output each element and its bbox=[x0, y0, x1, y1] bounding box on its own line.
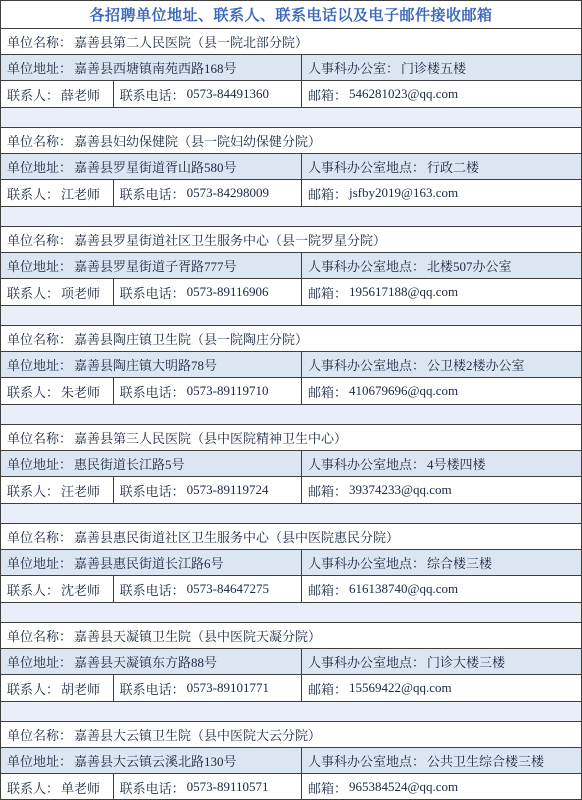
contact-name-cell: 联系人：项老师 bbox=[1, 279, 113, 305]
hr-office-label: 人事科办公室地点： bbox=[308, 157, 425, 176]
recruitment-contact-table: 各招聘单位地址、联系人、联系电话以及电子邮件接收邮箱 单位名称：嘉善县第二人民医… bbox=[0, 0, 582, 800]
unit-address-cell: 单位地址：嘉善县天凝镇东方路88号 bbox=[1, 649, 301, 674]
unit-address-cell: 单位地址：嘉善县罗星街道胥山路580号 bbox=[1, 154, 301, 179]
unit-name-cell: 单位名称：嘉善县第三人民医院（县中医院精神卫生中心） bbox=[1, 425, 581, 450]
unit-name-label: 单位名称： bbox=[7, 32, 72, 51]
contact-label: 联系人： bbox=[7, 382, 59, 401]
hr-office-label: 人事科办公室地点： bbox=[308, 256, 425, 275]
email-label: 邮箱： bbox=[308, 778, 347, 797]
contact-name-cell: 联系人：薛老师 bbox=[1, 81, 113, 107]
unit-address-value: 嘉善县大云镇云溪北路130号 bbox=[74, 751, 237, 770]
unit-name-row: 单位名称：嘉善县罗星街道社区卫生服务中心（县一院罗星分院） bbox=[1, 226, 581, 252]
contact-value: 汪老师 bbox=[61, 481, 100, 500]
contact-phone-cell: 联系电话：0573-89110571 bbox=[113, 774, 301, 800]
hr-office-cell: 人事科办公室：门诊楼五楼 bbox=[301, 55, 581, 80]
contact-value: 朱老师 bbox=[61, 382, 100, 401]
phone-value: 0573-89119724 bbox=[187, 482, 269, 498]
unit-name-value: 嘉善县第二人民医院（县一院北部分院） bbox=[74, 32, 308, 51]
contact-value: 薛老师 bbox=[61, 85, 100, 104]
page-title: 各招聘单位地址、联系人、联系电话以及电子邮件接收邮箱 bbox=[1, 1, 581, 28]
unit-block: 单位名称：嘉善县大云镇卫生院（县中医院大云分院） 单位地址：嘉善县大云镇云溪北路… bbox=[1, 721, 581, 800]
contact-name-cell: 联系人：江老师 bbox=[1, 180, 113, 206]
unit-name-cell: 单位名称：嘉善县大云镇卫生院（县中医院大云分院） bbox=[1, 722, 581, 747]
spacer-row bbox=[1, 701, 581, 721]
unit-name-row: 单位名称：嘉善县惠民街道社区卫生服务中心（县中医院惠民分院） bbox=[1, 523, 581, 549]
unit-block: 单位名称：嘉善县天凝镇卫生院（县中医院天凝分院） 单位地址：嘉善县天凝镇东方路8… bbox=[1, 622, 581, 721]
unit-name-value: 嘉善县天凝镇卫生院（县中医院天凝分院） bbox=[74, 626, 321, 645]
unit-name-label: 单位名称： bbox=[7, 329, 72, 348]
unit-name-value: 嘉善县妇幼保健院（县一院妇幼保健分院） bbox=[74, 131, 321, 150]
phone-label: 联系电话： bbox=[120, 580, 185, 599]
unit-name-cell: 单位名称：嘉善县天凝镇卫生院（县中医院天凝分院） bbox=[1, 623, 581, 648]
spacer-row bbox=[1, 602, 581, 622]
unit-block: 单位名称：嘉善县惠民街道社区卫生服务中心（县中医院惠民分院） 单位地址：嘉善县惠… bbox=[1, 523, 581, 622]
hr-office-cell: 人事科办公室地点：北楼507办公室 bbox=[301, 253, 581, 278]
unit-name-row: 单位名称：嘉善县第三人民医院（县中医院精神卫生中心） bbox=[1, 424, 581, 450]
phone-value: 0573-84298009 bbox=[187, 185, 269, 201]
hr-office-value: 行政二楼 bbox=[427, 157, 479, 176]
unit-name-value: 嘉善县大云镇卫生院（县中医院大云分院） bbox=[74, 725, 321, 744]
unit-address-label: 单位地址： bbox=[7, 751, 72, 770]
unit-name-row: 单位名称：嘉善县陶庄镇卫生院（县一院陶庄分院） bbox=[1, 325, 581, 351]
unit-name-label: 单位名称： bbox=[7, 428, 72, 447]
phone-value: 0573-89116906 bbox=[187, 284, 269, 300]
phone-label: 联系电话： bbox=[120, 283, 185, 302]
unit-name-row: 单位名称：嘉善县妇幼保健院（县一院妇幼保健分院） bbox=[1, 127, 581, 153]
hr-office-value: 门诊楼五楼 bbox=[401, 58, 466, 77]
contact-label: 联系人： bbox=[7, 283, 59, 302]
unit-address-row: 单位地址：嘉善县罗星街道胥山路580号 人事科办公室地点：行政二楼 bbox=[1, 153, 581, 179]
unit-address-row: 单位地址：惠民街道长江路5号 人事科办公室地点：4号楼四楼 bbox=[1, 450, 581, 476]
spacer-row bbox=[1, 206, 581, 226]
unit-address-row: 单位地址：嘉善县罗星街道子胥路777号 人事科办公室地点：北楼507办公室 bbox=[1, 252, 581, 278]
contact-name-cell: 联系人：沈老师 bbox=[1, 576, 113, 602]
phone-value: 0573-89110571 bbox=[187, 779, 269, 795]
contact-value: 单老师 bbox=[61, 778, 100, 797]
email-cell: 邮箱：616138740@qq.com bbox=[301, 576, 581, 602]
unit-address-value: 嘉善县罗星街道胥山路580号 bbox=[74, 157, 237, 176]
email-value: 39374233@qq.com bbox=[349, 482, 452, 498]
email-label: 邮箱： bbox=[308, 184, 347, 203]
contact-row: 联系人：项老师 联系电话：0573-89116906 邮箱：195617188@… bbox=[1, 278, 581, 305]
email-cell: 邮箱：15569422@qq.com bbox=[301, 675, 581, 701]
hr-office-label: 人事科办公室地点： bbox=[308, 355, 425, 374]
contact-row: 联系人：单老师 联系电话：0573-89110571 邮箱：965384524@… bbox=[1, 773, 581, 800]
unit-name-label: 单位名称： bbox=[7, 626, 72, 645]
unit-address-row: 单位地址：嘉善县陶庄镇大明路78号 人事科办公室地点：公卫楼2楼办公室 bbox=[1, 351, 581, 377]
email-value: 965384524@qq.com bbox=[349, 779, 458, 795]
hr-office-label: 人事科办公室地点： bbox=[308, 652, 425, 671]
email-value: 195617188@qq.com bbox=[349, 284, 458, 300]
unit-address-value: 嘉善县惠民街道长江路6号 bbox=[74, 553, 224, 572]
hr-office-cell: 人事科办公室地点：公卫楼2楼办公室 bbox=[301, 352, 581, 377]
email-value: 410679696@qq.com bbox=[349, 383, 458, 399]
contact-row: 联系人：汪老师 联系电话：0573-89119724 邮箱：39374233@q… bbox=[1, 476, 581, 503]
unit-address-cell: 单位地址：嘉善县惠民街道长江路6号 bbox=[1, 550, 301, 575]
phone-label: 联系电话： bbox=[120, 382, 185, 401]
spacer-row bbox=[1, 107, 581, 127]
phone-label: 联系电话： bbox=[120, 778, 185, 797]
email-value: 15569422@qq.com bbox=[349, 680, 452, 696]
unit-address-value: 嘉善县罗星街道子胥路777号 bbox=[74, 256, 237, 275]
spacer-row bbox=[1, 404, 581, 424]
contact-phone-cell: 联系电话：0573-84298009 bbox=[113, 180, 301, 206]
unit-address-row: 单位地址：嘉善县大云镇云溪北路130号 人事科办公室地点：公共卫生综合楼三楼 bbox=[1, 747, 581, 773]
contact-label: 联系人： bbox=[7, 679, 59, 698]
phone-label: 联系电话： bbox=[120, 679, 185, 698]
phone-label: 联系电话： bbox=[120, 481, 185, 500]
unit-name-value: 嘉善县罗星街道社区卫生服务中心（县一院罗星分院） bbox=[74, 230, 386, 249]
hr-office-label: 人事科办公室地点： bbox=[308, 553, 425, 572]
email-label: 邮箱： bbox=[308, 481, 347, 500]
contact-phone-cell: 联系电话：0573-89119710 bbox=[113, 378, 301, 404]
contact-phone-cell: 联系电话：0573-89116906 bbox=[113, 279, 301, 305]
hr-office-value: 4号楼四楼 bbox=[427, 454, 486, 473]
email-cell: 邮箱：39374233@qq.com bbox=[301, 477, 581, 503]
hr-office-cell: 人事科办公室地点：公共卫生综合楼三楼 bbox=[301, 748, 581, 773]
contact-row: 联系人：薛老师 联系电话：0573-84491360 邮箱：546281023@… bbox=[1, 80, 581, 107]
unit-name-label: 单位名称： bbox=[7, 725, 72, 744]
email-label: 邮箱： bbox=[308, 679, 347, 698]
email-cell: 邮箱：965384524@qq.com bbox=[301, 774, 581, 800]
phone-value: 0573-84647275 bbox=[187, 581, 269, 597]
email-label: 邮箱： bbox=[308, 580, 347, 599]
email-value: 616138740@qq.com bbox=[349, 581, 458, 597]
contact-label: 联系人： bbox=[7, 481, 59, 500]
phone-label: 联系电话： bbox=[120, 184, 185, 203]
unit-name-cell: 单位名称：嘉善县第二人民医院（县一院北部分院） bbox=[1, 29, 581, 54]
unit-block: 单位名称：嘉善县陶庄镇卫生院（县一院陶庄分院） 单位地址：嘉善县陶庄镇大明路78… bbox=[1, 325, 581, 424]
email-label: 邮箱： bbox=[308, 85, 347, 104]
contact-name-cell: 联系人：单老师 bbox=[1, 774, 113, 800]
unit-address-row: 单位地址：嘉善县惠民街道长江路6号 人事科办公室地点：综合楼三楼 bbox=[1, 549, 581, 575]
hr-office-cell: 人事科办公室地点：门诊大楼三楼 bbox=[301, 649, 581, 674]
hr-office-label: 人事科办公室地点： bbox=[308, 454, 425, 473]
unit-name-value: 嘉善县惠民街道社区卫生服务中心（县中医院惠民分院） bbox=[74, 527, 399, 546]
contact-value: 江老师 bbox=[61, 184, 100, 203]
unit-address-row: 单位地址：嘉善县天凝镇东方路88号 人事科办公室地点：门诊大楼三楼 bbox=[1, 648, 581, 674]
unit-name-row: 单位名称：嘉善县第二人民医院（县一院北部分院） bbox=[1, 28, 581, 54]
unit-address-row: 单位地址：嘉善县西塘镇南苑西路168号 人事科办公室：门诊楼五楼 bbox=[1, 54, 581, 80]
unit-name-cell: 单位名称：嘉善县惠民街道社区卫生服务中心（县中医院惠民分院） bbox=[1, 524, 581, 549]
email-cell: 邮箱：jsfby2019@163.com bbox=[301, 180, 581, 206]
unit-name-label: 单位名称： bbox=[7, 131, 72, 150]
contact-row: 联系人：胡老师 联系电话：0573-89101771 邮箱：15569422@q… bbox=[1, 674, 581, 701]
unit-address-label: 单位地址： bbox=[7, 157, 72, 176]
unit-name-value: 嘉善县第三人民医院（县中医院精神卫生中心） bbox=[74, 428, 347, 447]
unit-address-value: 惠民街道长江路5号 bbox=[74, 454, 185, 473]
hr-office-cell: 人事科办公室地点：4号楼四楼 bbox=[301, 451, 581, 476]
contact-value: 胡老师 bbox=[61, 679, 100, 698]
unit-address-label: 单位地址： bbox=[7, 652, 72, 671]
unit-block: 单位名称：嘉善县第二人民医院（县一院北部分院） 单位地址：嘉善县西塘镇南苑西路1… bbox=[1, 28, 581, 127]
unit-address-value: 嘉善县西塘镇南苑西路168号 bbox=[74, 58, 237, 77]
contact-label: 联系人： bbox=[7, 778, 59, 797]
email-cell: 邮箱：195617188@qq.com bbox=[301, 279, 581, 305]
phone-value: 0573-89119710 bbox=[187, 383, 269, 399]
unit-address-label: 单位地址： bbox=[7, 58, 72, 77]
unit-address-cell: 单位地址：嘉善县大云镇云溪北路130号 bbox=[1, 748, 301, 773]
unit-address-cell: 单位地址：嘉善县陶庄镇大明路78号 bbox=[1, 352, 301, 377]
unit-address-cell: 单位地址：嘉善县罗星街道子胥路777号 bbox=[1, 253, 301, 278]
phone-value: 0573-89101771 bbox=[187, 680, 269, 696]
unit-name-value: 嘉善县陶庄镇卫生院（县一院陶庄分院） bbox=[74, 329, 308, 348]
hr-office-cell: 人事科办公室地点：行政二楼 bbox=[301, 154, 581, 179]
unit-name-cell: 单位名称：嘉善县妇幼保健院（县一院妇幼保健分院） bbox=[1, 128, 581, 153]
unit-name-cell: 单位名称：嘉善县陶庄镇卫生院（县一院陶庄分院） bbox=[1, 326, 581, 351]
contact-row: 联系人：沈老师 联系电话：0573-84647275 邮箱：616138740@… bbox=[1, 575, 581, 602]
email-cell: 邮箱：546281023@qq.com bbox=[301, 81, 581, 107]
phone-value: 0573-84491360 bbox=[187, 86, 269, 102]
contact-phone-cell: 联系电话：0573-89119724 bbox=[113, 477, 301, 503]
phone-label: 联系电话： bbox=[120, 85, 185, 104]
hr-office-cell: 人事科办公室地点：综合楼三楼 bbox=[301, 550, 581, 575]
unit-block: 单位名称：嘉善县罗星街道社区卫生服务中心（县一院罗星分院） 单位地址：嘉善县罗星… bbox=[1, 226, 581, 325]
unit-address-label: 单位地址： bbox=[7, 355, 72, 374]
unit-name-row: 单位名称：嘉善县天凝镇卫生院（县中医院天凝分院） bbox=[1, 622, 581, 648]
unit-address-cell: 单位地址：惠民街道长江路5号 bbox=[1, 451, 301, 476]
contact-value: 沈老师 bbox=[61, 580, 100, 599]
email-cell: 邮箱：410679696@qq.com bbox=[301, 378, 581, 404]
contact-name-cell: 联系人：胡老师 bbox=[1, 675, 113, 701]
hr-office-label: 人事科办公室： bbox=[308, 58, 399, 77]
email-value: jsfby2019@163.com bbox=[349, 185, 458, 201]
unit-address-label: 单位地址： bbox=[7, 454, 72, 473]
unit-name-row: 单位名称：嘉善县大云镇卫生院（县中医院大云分院） bbox=[1, 721, 581, 747]
contact-name-cell: 联系人：朱老师 bbox=[1, 378, 113, 404]
contact-phone-cell: 联系电话：0573-84491360 bbox=[113, 81, 301, 107]
contact-label: 联系人： bbox=[7, 85, 59, 104]
unit-address-cell: 单位地址：嘉善县西塘镇南苑西路168号 bbox=[1, 55, 301, 80]
hr-office-label: 人事科办公室地点： bbox=[308, 751, 425, 770]
unit-address-label: 单位地址： bbox=[7, 256, 72, 275]
unit-block: 单位名称：嘉善县第三人民医院（县中医院精神卫生中心） 单位地址：惠民街道长江路5… bbox=[1, 424, 581, 523]
unit-address-label: 单位地址： bbox=[7, 553, 72, 572]
email-value: 546281023@qq.com bbox=[349, 86, 458, 102]
email-label: 邮箱： bbox=[308, 283, 347, 302]
unit-address-value: 嘉善县陶庄镇大明路78号 bbox=[74, 355, 217, 374]
contact-row: 联系人：江老师 联系电话：0573-84298009 邮箱：jsfby2019@… bbox=[1, 179, 581, 206]
contact-phone-cell: 联系电话：0573-84647275 bbox=[113, 576, 301, 602]
contact-value: 项老师 bbox=[61, 283, 100, 302]
unit-name-label: 单位名称： bbox=[7, 527, 72, 546]
hr-office-value: 公卫楼2楼办公室 bbox=[427, 355, 525, 374]
unit-block: 单位名称：嘉善县妇幼保健院（县一院妇幼保健分院） 单位地址：嘉善县罗星街道胥山路… bbox=[1, 127, 581, 226]
contact-label: 联系人： bbox=[7, 184, 59, 203]
hr-office-value: 公共卫生综合楼三楼 bbox=[427, 751, 544, 770]
unit-address-value: 嘉善县天凝镇东方路88号 bbox=[74, 652, 217, 671]
contact-name-cell: 联系人：汪老师 bbox=[1, 477, 113, 503]
spacer-row bbox=[1, 503, 581, 523]
unit-name-label: 单位名称： bbox=[7, 230, 72, 249]
contact-label: 联系人： bbox=[7, 580, 59, 599]
email-label: 邮箱： bbox=[308, 382, 347, 401]
hr-office-value: 门诊大楼三楼 bbox=[427, 652, 505, 671]
contact-row: 联系人：朱老师 联系电话：0573-89119710 邮箱：410679696@… bbox=[1, 377, 581, 404]
unit-name-cell: 单位名称：嘉善县罗星街道社区卫生服务中心（县一院罗星分院） bbox=[1, 227, 581, 252]
spacer-row bbox=[1, 305, 581, 325]
hr-office-value: 北楼507办公室 bbox=[427, 256, 512, 275]
contact-phone-cell: 联系电话：0573-89101771 bbox=[113, 675, 301, 701]
hr-office-value: 综合楼三楼 bbox=[427, 553, 492, 572]
page-title-text: 各招聘单位地址、联系人、联系电话以及电子邮件接收邮箱 bbox=[89, 4, 492, 25]
